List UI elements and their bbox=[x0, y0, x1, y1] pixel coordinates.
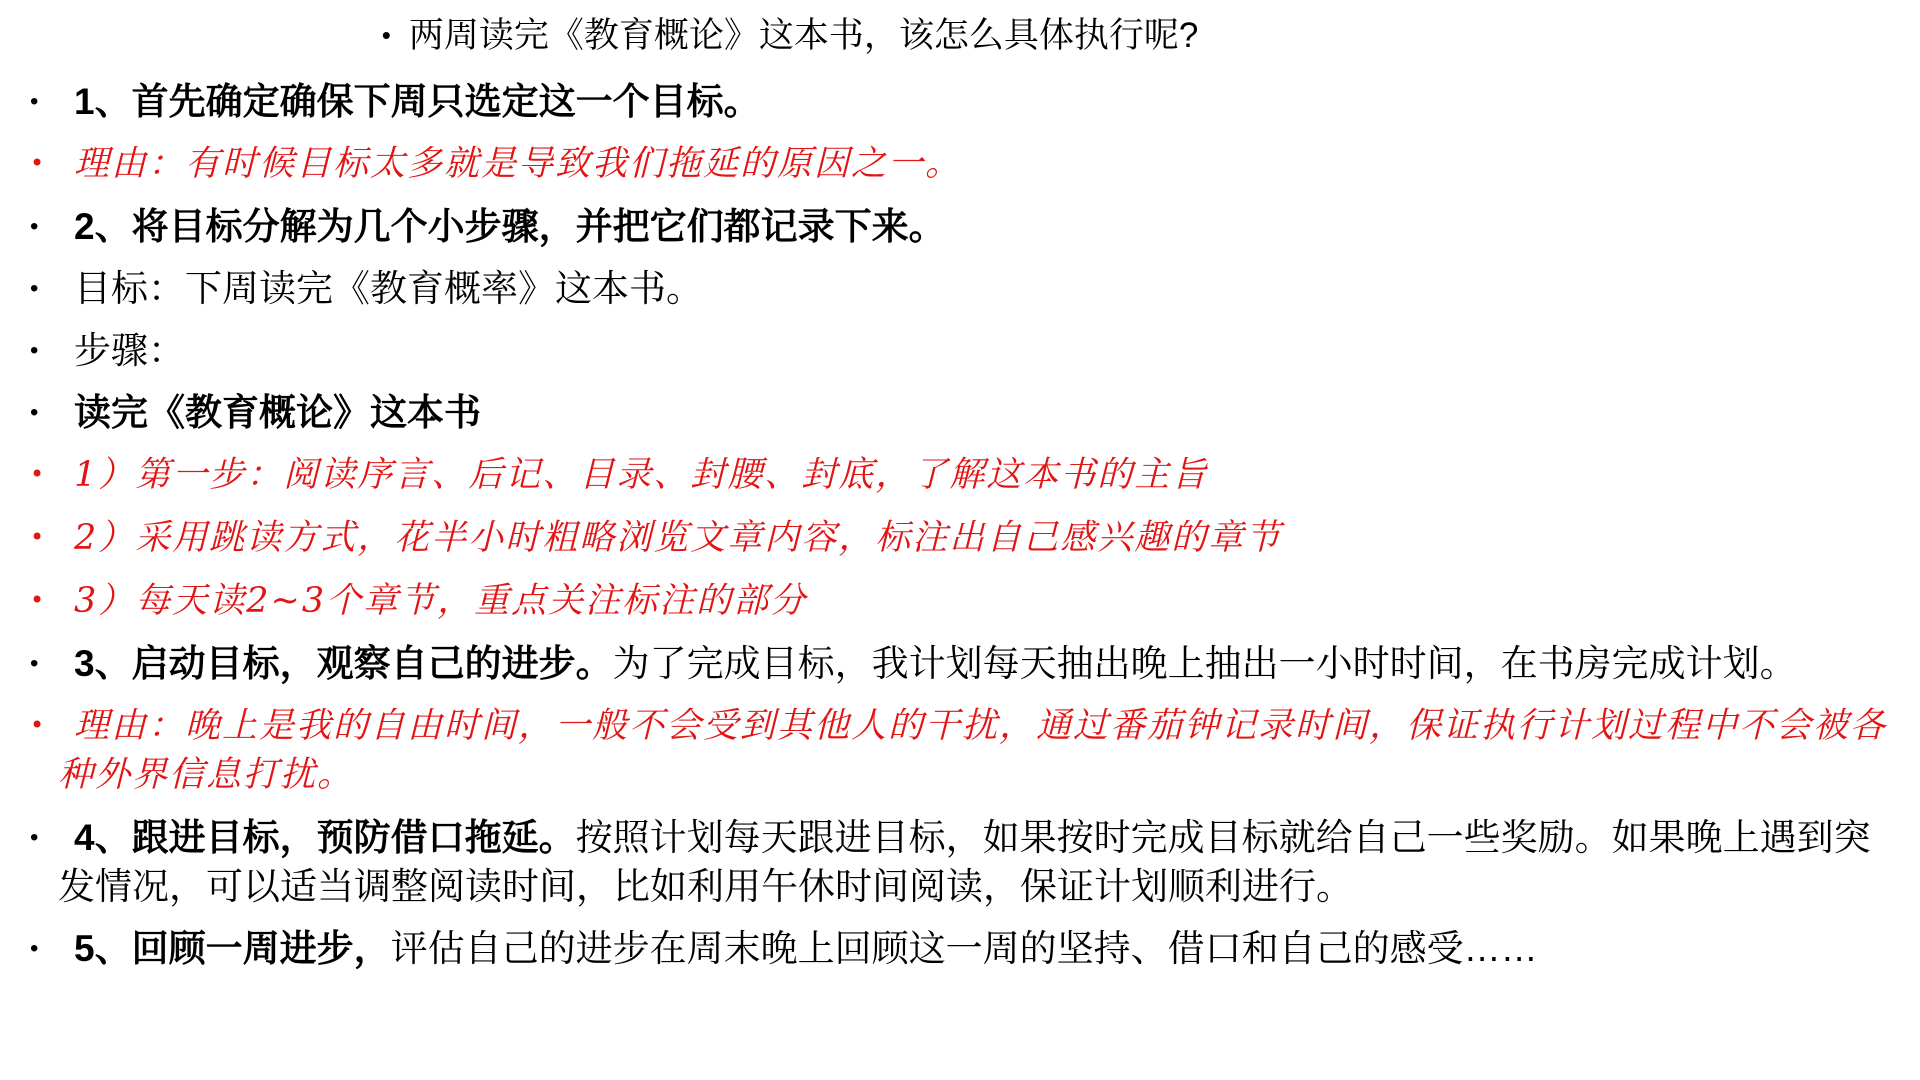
slide-title: •两周读完《教育概论》这本书，该怎么具体执行呢? bbox=[0, 10, 1580, 61]
item-reason3: •理由：晚上是我的自由时间，一般不会受到其他人的干扰，通过番茄钟记录时间，保证执… bbox=[0, 701, 1890, 800]
item-step5: •5、回顾一周进步，评估自己的进步在周末晚上回顾这一周的坚持、借口和自己的感受…… bbox=[0, 924, 1890, 973]
presentation-slide: •两周读完《教育概论》这本书，该怎么具体执行呢? •1、首先确定确保下周只选定这… bbox=[0, 0, 1920, 1080]
item-read-book: •读完《教育概论》这本书 bbox=[0, 388, 1890, 437]
bullet-icon: • bbox=[30, 264, 38, 313]
item-step2: •2、将目标分解为几个小步骤，并把它们都记录下来。 bbox=[0, 202, 1890, 251]
item-step2-lead: 2、将目标分解为几个小步骤，并把它们都记录下来。 bbox=[74, 206, 946, 247]
item-goal-rest: 目标：下周读完《教育概率》这本书。 bbox=[74, 268, 703, 309]
item-steps-label: •步骤： bbox=[0, 326, 1890, 375]
item-read-book-lead: 读完《教育概论》这本书 bbox=[74, 392, 481, 433]
item-reason3-rest: 理由：晚上是我的自由时间，一般不会受到其他人的干扰，通过番茄钟记录时间，保证执行… bbox=[58, 706, 1887, 795]
item-step3-rest: 为了完成目标，我计划每天抽出晚上抽出一小时时间，在书房完成计划。 bbox=[613, 643, 1797, 684]
bullet-icon: • bbox=[30, 639, 38, 688]
item-substep2: •2）采用跳读方式，花半小时粗略浏览文章内容，标注出自己感兴趣的章节 bbox=[0, 513, 1890, 563]
slide-title-text: 两周读完《教育概论》这本书，该怎么具体执行呢? bbox=[409, 16, 1198, 55]
item-step3: •3、启动目标，观察自己的进步。为了完成目标，我计划每天抽出晚上抽出一小时时间，… bbox=[0, 639, 1890, 688]
item-step4-lead: 4、跟进目标，预防借口拖延。 bbox=[74, 817, 576, 858]
item-substep2-rest: 2）采用跳读方式，花半小时粗略浏览文章内容，标注出自己感兴趣的章节 bbox=[74, 518, 1282, 558]
item-substep1: •1）第一步：阅读序言、后记、目录、封腰、封底，了解这本书的主旨 bbox=[0, 450, 1890, 500]
bullet-icon: • bbox=[30, 388, 38, 437]
item-steps-label-rest: 步骤： bbox=[74, 330, 185, 371]
bullet-icon: • bbox=[30, 202, 38, 251]
item-substep3: •3）每天读2~3个章节，重点关注标注的部分 bbox=[0, 576, 1890, 626]
item-reason1-rest: 理由：有时候目标太多就是导致我们拖延的原因之一。 bbox=[74, 144, 962, 184]
bullet-icon: • bbox=[30, 326, 38, 375]
bullet-icon: • bbox=[30, 139, 44, 188]
item-step5-rest: 评估自己的进步在周末晚上回顾这一周的坚持、借口和自己的感受…… bbox=[391, 928, 1538, 969]
bullet-icon: • bbox=[30, 450, 44, 499]
item-step1-lead: 1、首先确定确保下周只选定这一个目标。 bbox=[74, 81, 761, 122]
item-substep3-rest: 3）每天读2~3个章节，重点关注标注的部分 bbox=[74, 581, 807, 621]
bullet-icon: • bbox=[30, 813, 38, 862]
item-step1: •1、首先确定确保下周只选定这一个目标。 bbox=[0, 77, 1890, 126]
bullet-icon: • bbox=[30, 77, 38, 126]
item-reason1: •理由：有时候目标太多就是导致我们拖延的原因之一。 bbox=[0, 139, 1890, 189]
item-step3-lead: 3、启动目标，观察自己的进步。 bbox=[74, 643, 613, 684]
item-step5-lead: 5、回顾一周进步， bbox=[74, 928, 391, 969]
bullet-icon: • bbox=[30, 701, 44, 750]
bullet-list: •1、首先确定确保下周只选定这一个目标。 •理由：有时候目标太多就是导致我们拖延… bbox=[0, 77, 1920, 973]
bullet-icon: • bbox=[382, 10, 391, 60]
bullet-icon: • bbox=[30, 924, 38, 973]
bullet-icon: • bbox=[30, 576, 44, 625]
item-step4: •4、跟进目标，预防借口拖延。按照计划每天跟进目标，如果按时完成目标就给自己一些… bbox=[0, 813, 1890, 911]
bullet-icon: • bbox=[30, 513, 44, 562]
item-goal: •目标：下周读完《教育概率》这本书。 bbox=[0, 264, 1890, 313]
item-substep1-rest: 1）第一步：阅读序言、后记、目录、封腰、封底，了解这本书的主旨 bbox=[74, 455, 1208, 495]
